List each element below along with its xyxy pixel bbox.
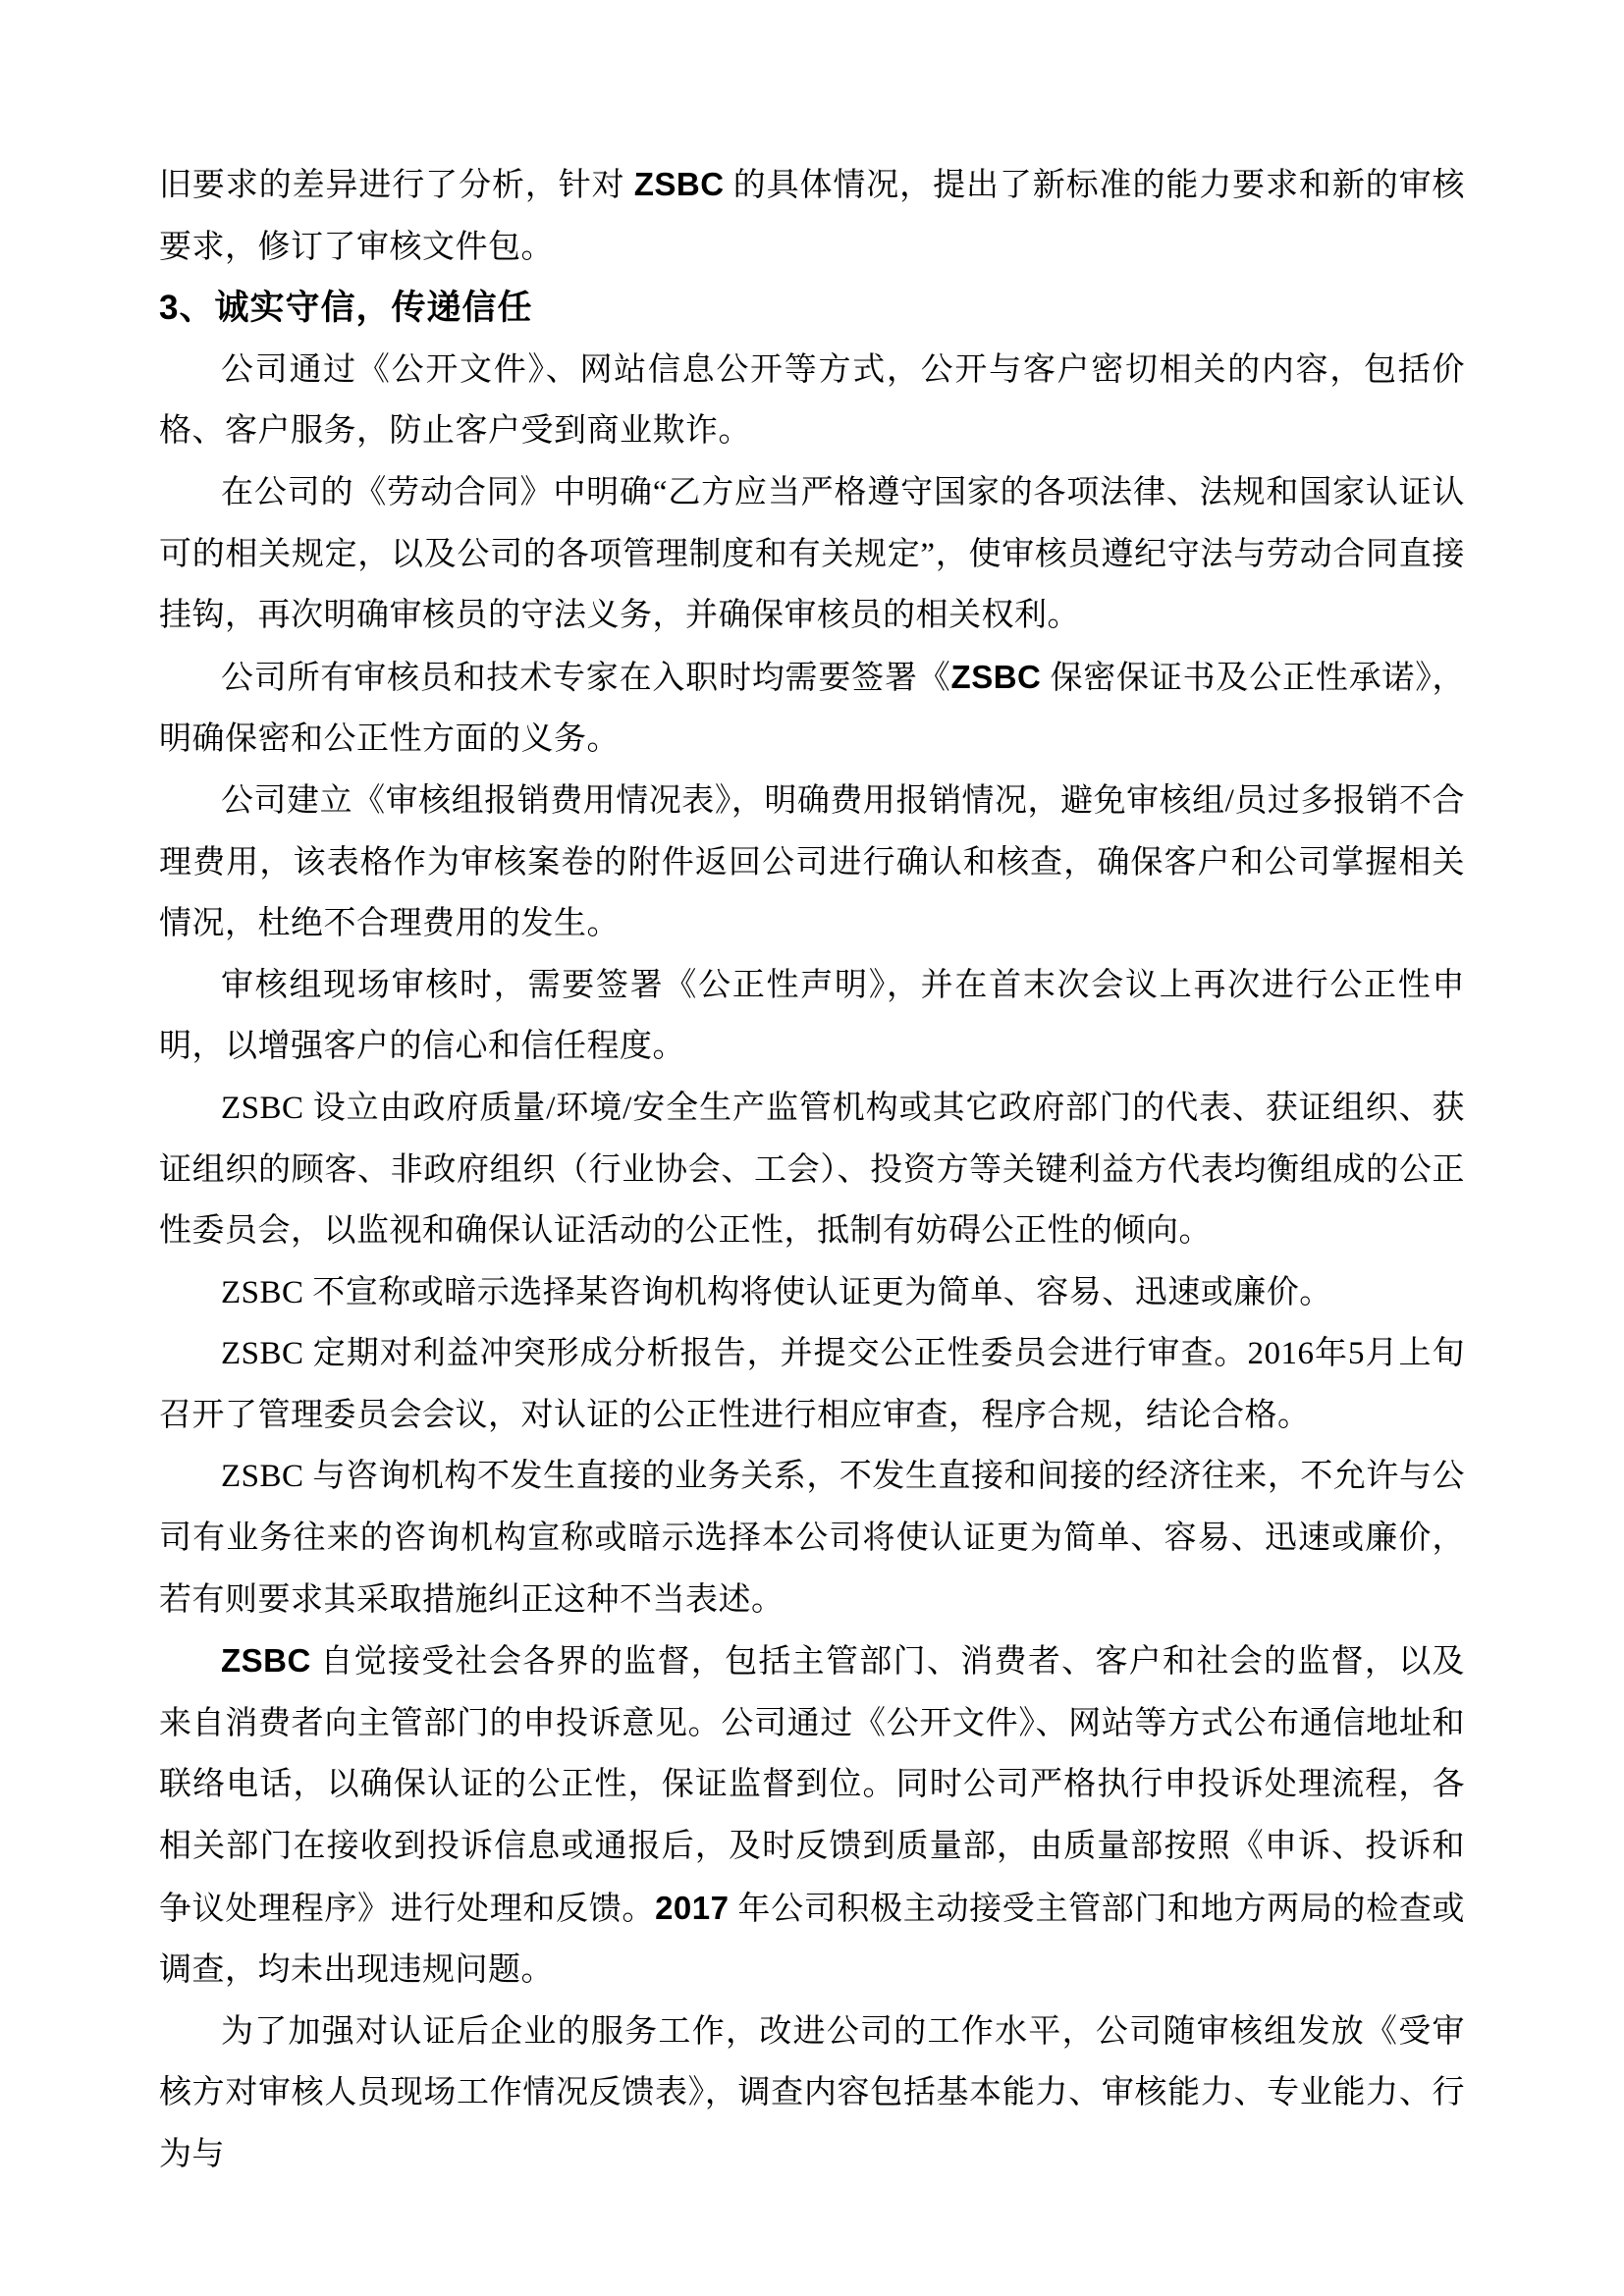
bold-latin-run: ZSBC xyxy=(951,659,1042,695)
bold-latin-run: ZSBC xyxy=(221,1642,311,1679)
paragraph: ZSBC 定期对利益冲突形成分析报告，并提交公正性委员会进行审查。2016年5月… xyxy=(159,1323,1465,1446)
paragraph: 旧要求的差异进行了分析，针对 ZSBC 的具体情况，提出了新标准的能力要求和新的… xyxy=(159,154,1465,278)
paragraph: 公司通过《公开文件》、网站信息公开等方式，公开与客户密切相关的内容，包括价格、客… xyxy=(159,340,1465,462)
bold-latin-run: 2017 xyxy=(655,1890,729,1926)
paragraph: ZSBC 与咨询机构不发生直接的业务关系，不发生直接和间接的经济往来，不允许与公… xyxy=(159,1446,1465,1630)
bold-latin-run: ZSBC xyxy=(634,166,725,202)
paragraph: ZSBC 不宣称或暗示选择某咨询机构将使认证更为简单、容易、迅速或廉价。 xyxy=(159,1262,1465,1324)
paragraph: ZSBC 设立由政府质量/环境/安全生产监管机构或其它政府部门的代表、获证组织、… xyxy=(159,1078,1465,1262)
paragraph: ZSBC 自觉接受社会各界的监督，包括主管部门、消费者、客户和社会的监督，以及来… xyxy=(159,1630,1465,2002)
paragraph: 审核组现场审核时，需要签署《公正性声明》，并在首末次会议上再次进行公正性申明，以… xyxy=(159,955,1465,1078)
paragraph: 公司建立《审核组报销费用情况表》，明确费用报销情况，避免审核组/员过多报销不合理… xyxy=(159,771,1465,955)
paragraph: 在公司的《劳动合同》中明确“乙方应当严格遵守国家的各项法律、法规和国家认证认可的… xyxy=(159,462,1465,647)
paragraph: 为了加强对认证后企业的服务工作，改进公司的工作水平，公司随审核组发放《受审核方对… xyxy=(159,2002,1465,2186)
section-heading: 3、诚实守信，传递信任 xyxy=(159,278,1465,340)
document-body: 旧要求的差异进行了分析，针对 ZSBC 的具体情况，提出了新标准的能力要求和新的… xyxy=(159,154,1465,2186)
paragraph: 公司所有审核员和技术专家在入职时均需要签署《ZSBC 保密保证书及公正性承诺》，… xyxy=(159,647,1465,771)
page: 旧要求的差异进行了分析，针对 ZSBC 的具体情况，提出了新标准的能力要求和新的… xyxy=(0,0,1624,2296)
